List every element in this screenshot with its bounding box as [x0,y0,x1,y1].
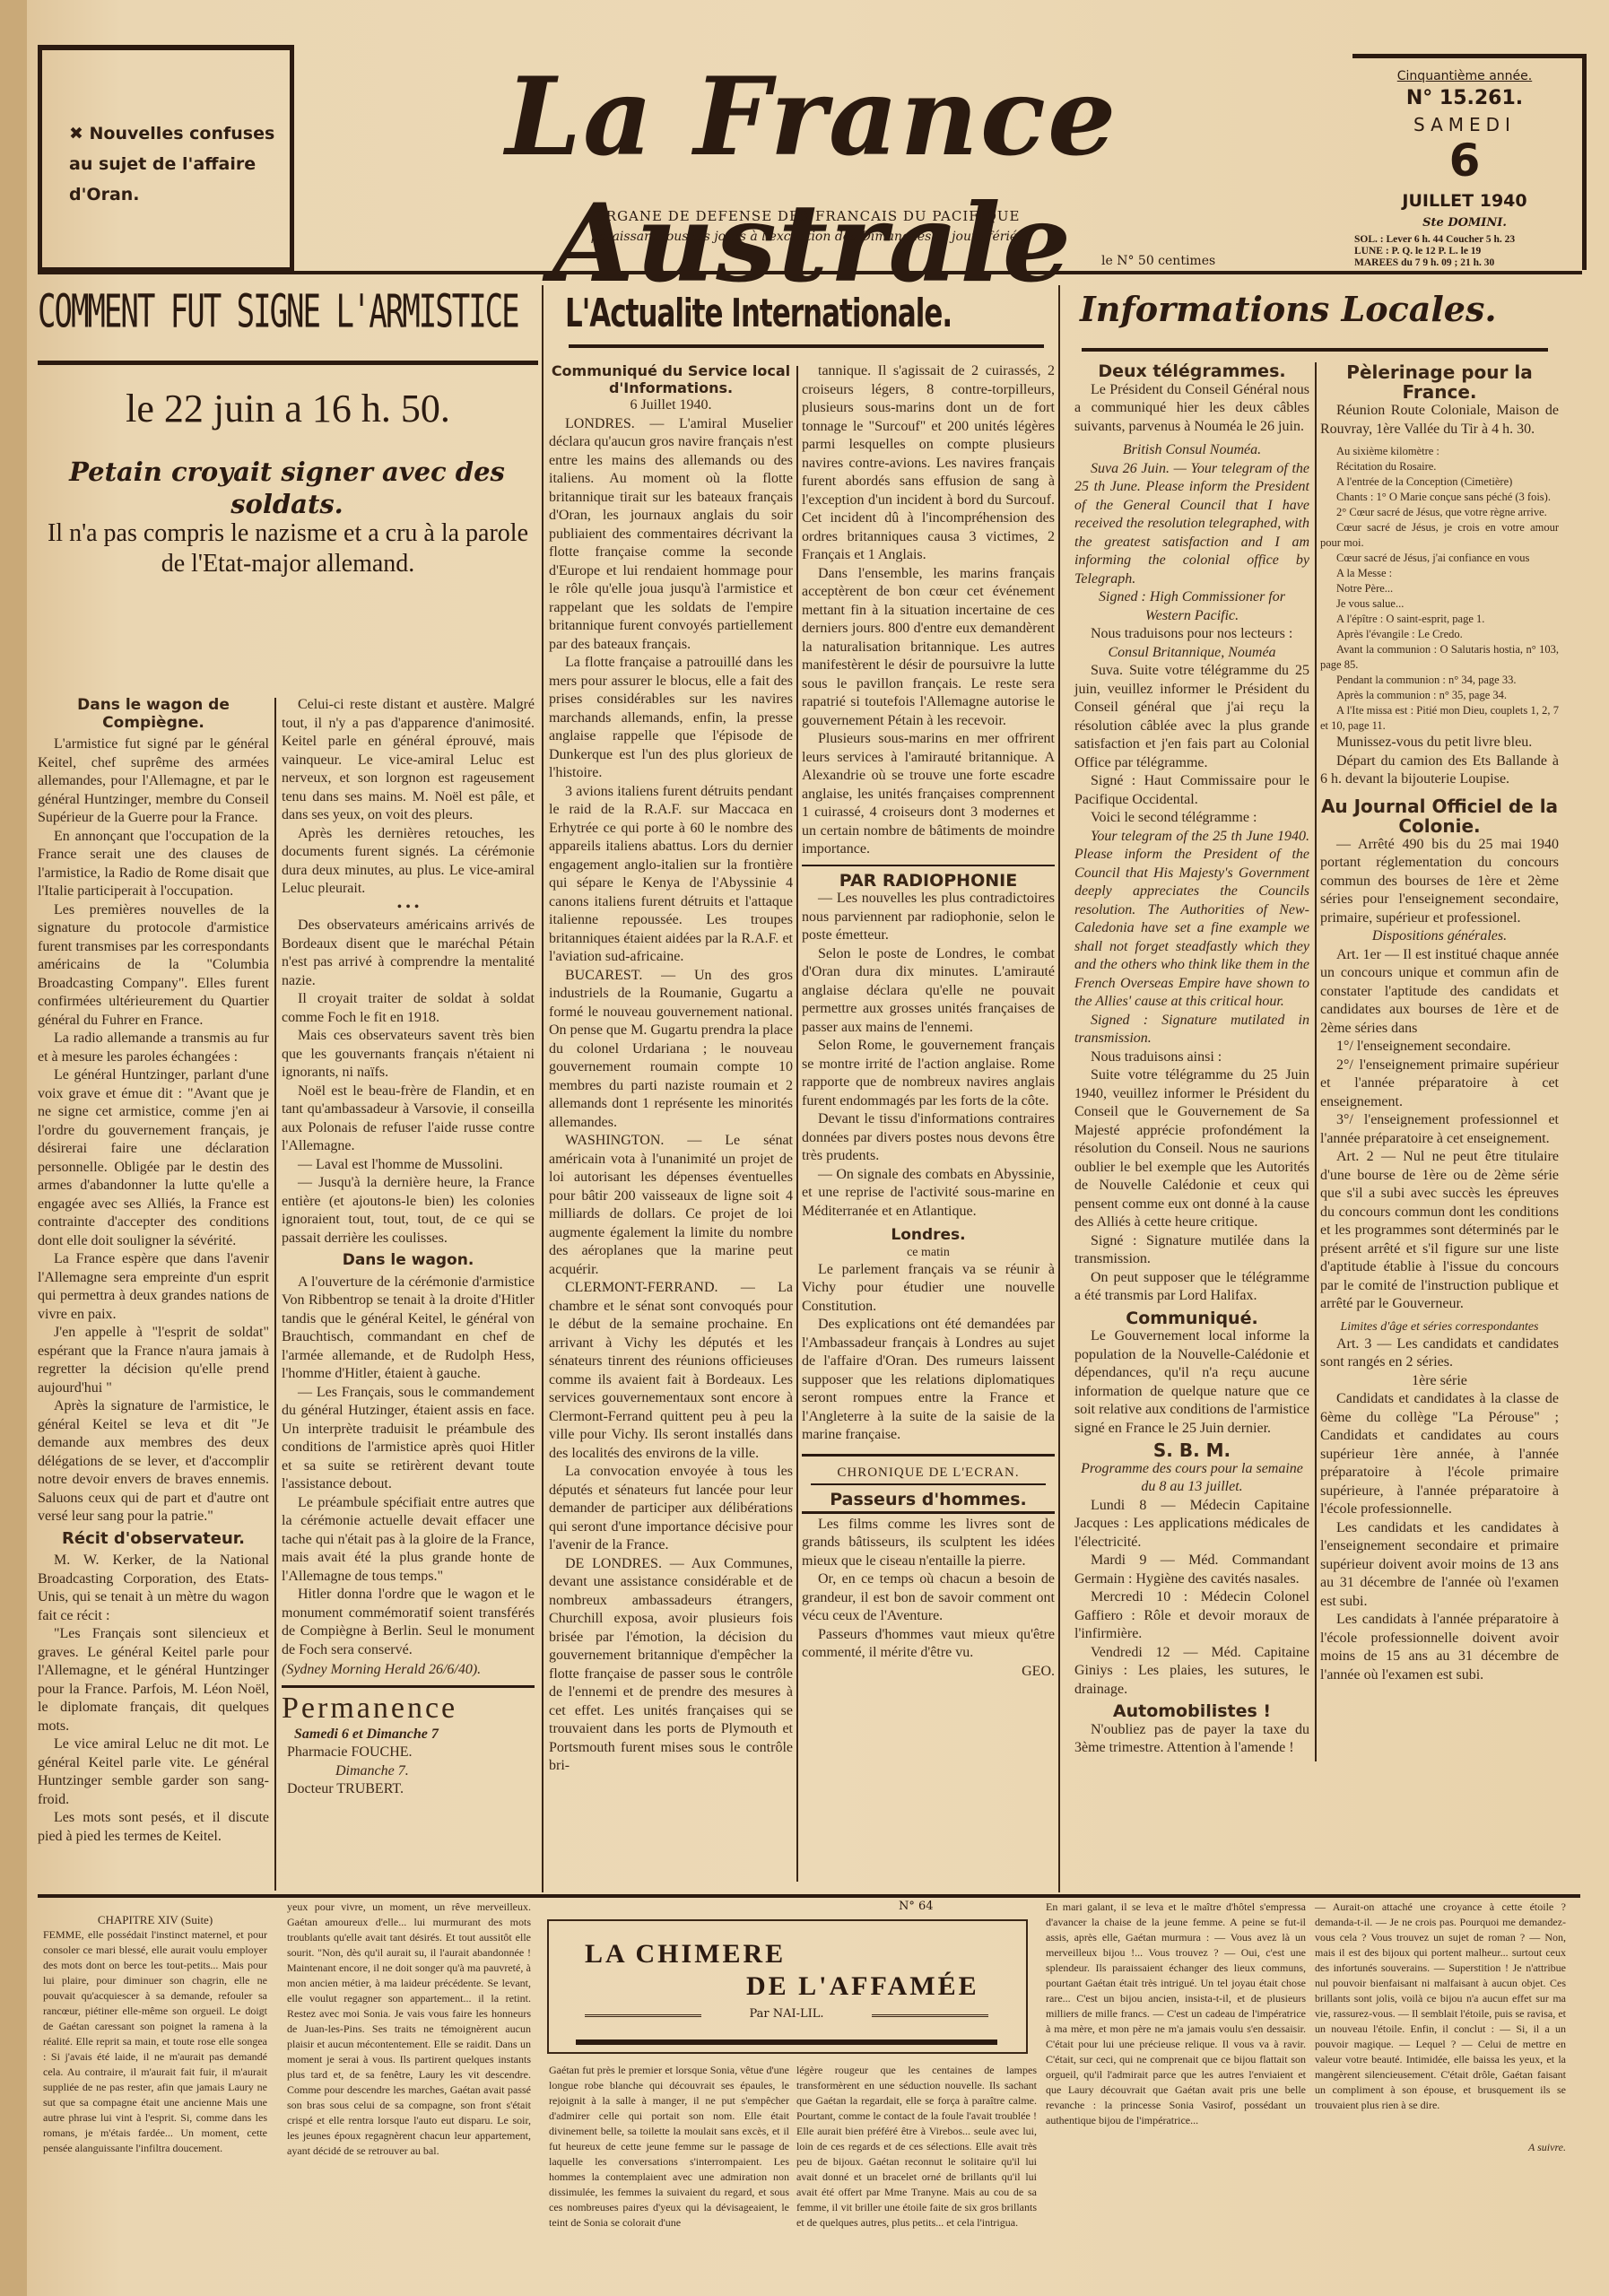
londres-subtitle: ce matin [802,1245,1055,1261]
issue-number: N° 15.261. [1352,87,1577,109]
paragraph: A la Messe : [1320,566,1559,581]
armistice-col2-paragraphs: Celui-ci reste distant et austère. Malgr… [282,696,535,1248]
feuilleton-author: Par NAI-LIL. [719,2007,854,2021]
paragraph: Or, en ce temps où chacun a besoin de gr… [802,1570,1055,1626]
sbm-title: S. B. M. [1074,1441,1309,1460]
paragraph: A l'épître : O saint-esprit, page 1. [1320,612,1559,627]
paragraph: Les candidats et les candidates à l'ense… [1320,1519,1559,1612]
automobilistes-title: Automobilistes ! [1074,1702,1309,1721]
feuilleton-text: — Aurait-on attaché une croyance à cette… [1315,1900,1566,2113]
paragraph: Le préambule spécifiait entre autres que… [282,1494,535,1587]
paragraph: Art. 3 — Les candidats et candidates son… [1320,1335,1559,1372]
londres-paragraphs: Le parlement français va se réunir à Vic… [802,1261,1055,1445]
feuilleton-column-2: yeux pour vivre, un moment, un rêve merv… [287,1900,531,2159]
paragraph: Le général Huntzinger, parlant d'une voi… [38,1066,269,1250]
tides: MAREES du 7 9 h. 09 ; 21 h. 30 [1354,257,1579,269]
paragraph: Des explications ont été demandées par l… [802,1316,1055,1445]
paragraph: — Arrêté 490 bis du 25 mai 1940 portant … [1320,836,1559,928]
year-label: Cinquantième année. [1352,69,1577,83]
permanence-sunday: Dimanche 7. [282,1762,535,1781]
permanence-doctor: Docteur TRUBERT. [282,1780,535,1799]
paragraph: A l'ouverture de la cérémonie d'armistic… [282,1274,535,1384]
international-column-a: Communiqué du Service local d'Informatio… [549,362,793,1776]
telegram-english-2: Your telegram of the 25 th June 1940. Pl… [1074,828,1309,1012]
chapter-heading: CHAPITRE XIV (Suite) [43,1912,267,1927]
paragraph: — On signale des combats en Abyssinie, e… [802,1166,1055,1222]
communique-local-title: Communiqué. [1074,1309,1309,1328]
paragraph: A l'Ite missa est : Pitié mon Dieu, coup… [1320,703,1559,734]
paragraph: Dans l'ensemble, les marins français acc… [802,565,1055,731]
translation-intro-2: Nous traduisons ainsi : [1074,1048,1309,1067]
second-telegram-intro: Voici le second télégramme : [1074,809,1309,828]
feuilleton-column-6: — Aurait-on attaché une croyance à cette… [1315,1900,1566,2155]
feuilleton-column-1: CHAPITRE XIV (Suite) FEMME, elle posséda… [43,1912,267,2156]
paragraph: 3°/ l'enseignement professionnel et l'an… [1320,1111,1559,1148]
ornament-bar [576,2039,997,2045]
radio-title: PAR RADIOPHONIE [802,872,1055,891]
chronique-title: Passeurs d'hommes. [802,1491,1055,1514]
page-edge [0,0,27,2296]
paragraph: En annonçant que l'occupation de la Fran… [38,828,269,901]
column-divider [1315,362,1317,1761]
paragraph: Il croyait traiter de soldat à soldat co… [282,990,535,1027]
column-divider [796,366,798,1882]
telegram-french-1: Suva. Suite votre télégramme du 25 juin,… [1074,662,1309,772]
feuilleton-column-4: légère rougeur que les centaines de lamp… [796,2063,1037,2231]
telegram-english-1: Suva 26 Juin. — Your telegram of the 25 … [1074,460,1309,589]
paragraph: 2°/ l'enseignement primaire supérieur et… [1320,1057,1559,1112]
automobilistes-text: N'oubliez pas de payer la taxe du 3ème t… [1074,1721,1309,1758]
telegram-signed-2: Signed : Signature mutilated in transmis… [1074,1012,1309,1048]
paragraph: • • • [282,899,535,918]
paragraph: tannique. Il s'agissait de 2 cuirassés, … [802,362,1055,565]
paragraph: Selon le poste de Londres, le combat d'O… [802,945,1055,1038]
paragraph: Le vice amiral Leluc ne dit mot. Le géné… [38,1735,269,1809]
price: le N° 50 centimes [1101,254,1281,268]
weekday: SAMEDI [1352,114,1577,135]
communique-date: 6 Juillet 1940. [549,396,793,415]
paragraph: — Les nouvelles les plus contradictoires… [802,890,1055,945]
paragraph: Cœur sacré de Jésus, je crois en votre a… [1320,520,1559,551]
sun-times: SOL. : Lever 6 h. 44 Coucher 5 h. 23 [1354,234,1579,246]
telegram-intro: Le Président du Conseil Général nous a c… [1074,381,1309,437]
paragraph: Après les dernières retouches, les docum… [282,825,535,899]
paragraph: 3 avions italiens furent détruits pendan… [549,783,793,967]
paragraph: 2° Cœur sacré de Jésus, que votre règne … [1320,505,1559,520]
telegram-signe-2: Signé : Signature mutilée dans la transm… [1074,1232,1309,1269]
telegram-signe-1: Signé : Haut Commissaire pour le Pacifiq… [1074,772,1309,809]
section-title-compiegne: Dans le wagon de Compiègne. [38,696,269,732]
paragraph: — Les Français, sous le commandement du … [282,1384,535,1494]
headline-teaser-box: ✖ Nouvelles confuses au sujet de l'affai… [38,45,294,272]
paragraph: Les mots sont pesés, et il discute pied … [38,1809,269,1846]
paragraph: Le parlement français va se réunir à Vic… [802,1261,1055,1317]
age-limits-heading: Limites d'âge et séries correspondantes [1320,1319,1559,1335]
telegram-signed-1: Signed : High Commissioner for Western P… [1074,588,1309,625]
armistice-deck: Il n'a pas compris le nazisme et a cru à… [38,518,538,579]
telegram-french-2: Suite votre télégramme du 25 Juin 1940, … [1074,1066,1309,1232]
feuilleton-text: légère rougeur que les centaines de lamp… [796,2063,1037,2231]
feuilleton-number: N° 64 [899,1900,934,1913]
chronique-signature: GEO. [802,1663,1055,1682]
rule [802,865,1055,866]
paragraph: Hitler donna l'ordre que le wagon et le … [282,1586,535,1659]
paragraph: BUCAREST. — Un des gros industriels de l… [549,967,793,1133]
chronique-label: CHRONIQUE DE L'ECRAN. [811,1464,1046,1486]
telegram-conclusion: On peut supposer que le télégramme a été… [1074,1269,1309,1306]
dispositions-heading: Dispositions générales. [1320,927,1559,946]
section-title-observateur: Récit d'observateur. [38,1530,269,1549]
column-divider [1058,285,1060,1892]
paragraph: CLERMONT-FERRAND. — La chambre et le sén… [549,1279,793,1463]
paragraph: Le Président du Conseil Général nous a c… [1074,381,1309,437]
permanence-title: Permanence [282,1692,535,1726]
pelerinage-departure: Départ du camion des Ets Ballande à 6 h.… [1320,752,1559,789]
paragraph: DE LONDRES. — Aux Communes, devant une a… [549,1555,793,1776]
journal-officiel-articles: Art. 1er — Il est institué chaque année … [1320,946,1559,1314]
moon-phases: LUNE : P. Q. le 12 P. L. le 19 [1354,246,1579,257]
paragraph: Vendredi 12 — Méd. Capitaine Giniys : Le… [1074,1644,1309,1700]
feuilleton-text: FEMME, elle possédait l'instinct materne… [43,1927,267,2156]
paragraph: Devant le tissu d'informations contraire… [802,1110,1055,1166]
serie-heading: 1ère série [1320,1372,1559,1391]
international-column-b: tannique. Il s'agissait de 2 cuirassés, … [802,362,1055,1681]
paragraph: Les candidats à l'année préparatoire à l… [1320,1611,1559,1684]
armistice-column-1: Dans le wagon de Compiègne. L'armistice … [38,696,269,1846]
feuilleton-text: yeux pour vivre, un moment, un rêve merv… [287,1900,531,2159]
paragraph: — Jusqu'à la dernière heure, la France e… [282,1174,535,1248]
pelerinage-program: Au sixième kilomètre :Récitation du Rosa… [1320,444,1559,734]
section-title-wagon: Dans le wagon. [282,1251,535,1270]
telegram-address-2: Consul Britannique, Nouméa [1074,644,1309,663]
article-3: Art. 3 — Les candidats et candidates son… [1320,1335,1559,1372]
source-rule [282,1685,535,1688]
pelerinage-title: Pèlerinage pour la France. [1320,362,1559,402]
banner-rule [569,344,1044,348]
translation-intro: Nous traduisons pour nos lecteurs : [1074,625,1309,644]
journal-officiel-text: — Arrêté 490 bis du 25 mai 1940 portant … [1320,836,1559,928]
paragraph: 1°/ l'enseignement secondaire. [1320,1038,1559,1057]
paragraph: J'en appelle à "l'esprit de soldat" espé… [38,1324,269,1397]
pelerinage-note: Munissez-vous du petit livre bleu. [1320,734,1559,752]
paragraph: La flotte française a patrouillé dans le… [549,654,793,783]
paragraph: Mais ces observateurs savent très bien q… [282,1027,535,1083]
locales-banner: Informations Locales. [1080,289,1564,329]
banner-rule [1082,348,1548,352]
paragraph: LONDRES. — L'amiral Muselier déclara qu'… [549,415,793,655]
paragraph: Après la communion : n° 35, page 34. [1320,688,1559,703]
telegram-address-1: British Consul Nouméa. [1074,441,1309,460]
paragraph: Candidats et candidates à la classe de 6… [1320,1390,1559,1519]
teaser-text: ✖ Nouvelles confuses au sujet de l'affai… [69,118,275,210]
paragraph: Au sixième kilomètre : [1320,444,1559,459]
feuilleton-title-line2: DE L'AFFAMÉE [746,1971,979,2002]
communique-title: Communiqué du Service local d'Informatio… [549,362,793,396]
paragraph: "Les Français sont silencieux et graves.… [38,1625,269,1735]
serie-paragraphs: Candidats et candidates à la classe de 6… [1320,1390,1559,1684]
paragraph: La France espère que dans l'avenir l'All… [38,1250,269,1324]
paragraph: — Laval est l'homme de Mussolini. [282,1156,535,1175]
paragraph: Je vous salue... [1320,596,1559,612]
paragraph: La radio allemande a transmis au fur et … [38,1030,269,1066]
armistice-col1b-paragraphs: M. W. Kerker, de la National Broadcastin… [38,1552,269,1846]
paragraph: Les premières nouvelles de la signature … [38,901,269,1031]
armistice-subhead: Petain croyait signer avec des soldats. [63,456,511,520]
paragraph: Selon Rome, le gouvernement français se … [802,1037,1055,1110]
feuilleton-text: En mari galant, il se leva et le maître … [1046,1900,1306,2128]
paragraph: Après la signature de l'armistice, le gé… [38,1397,269,1526]
international-banner: L'Actualite Internationale. [565,291,1049,336]
paragraph: Récitation du Rosaire. [1320,459,1559,474]
banner-rule [38,361,538,365]
sbm-subtitle: Programme des cours pour la semaine du 8… [1074,1460,1309,1497]
paragraph: Les films comme les livres sont de grand… [802,1516,1055,1571]
paragraph: Avant la communion : O Salutaris hostia,… [1320,642,1559,673]
almanac: SOL. : Lever 6 h. 44 Coucher 5 h. 23 LUN… [1354,234,1579,269]
column-divider [542,285,544,1892]
locales-column-a: Deux télégrammes. Le Président du Consei… [1074,362,1309,1758]
paragraph: Mardi 9 — Méd. Commandant Germain : Hygi… [1074,1552,1309,1588]
ornament-rule [872,2014,988,2017]
international-colB-paragraphs: tannique. Il s'agissait de 2 cuirassés, … [802,362,1055,859]
chronique-paragraphs: Les films comme les livres sont de grand… [802,1516,1055,1663]
month-year: JUILLET 1940 [1352,191,1577,211]
paragraph: Mercredi 10 : Médecin Colonel Gaffiero :… [1074,1588,1309,1644]
rule [802,1454,1055,1457]
paragraph: Après l'évangile : Le Credo. [1320,627,1559,642]
international-colA-paragraphs: LONDRES. — L'amiral Muselier déclara qu'… [549,415,793,1776]
day: 6 [1352,135,1577,186]
frequency-line: paraissant tous les jours à l'exception … [484,230,1130,244]
paragraph: Art. 2 — Nul ne peut être titulaire d'un… [1320,1148,1559,1314]
paragraph: A l'entrée de la Conception (Cimetière) [1320,474,1559,490]
paragraph: Passeurs d'hommes vaut mieux qu'être com… [802,1626,1055,1663]
paragraph: WASHINGTON. — Le sénat américain vota à … [549,1132,793,1279]
feuilleton-column-3: Gaétan fut près le premier et lorsque So… [549,2063,789,2231]
column-divider [274,698,276,1891]
communique-local-text: Le Gouvernement local informe la populat… [1074,1327,1309,1438]
paragraph: M. W. Kerker, de la National Broadcastin… [38,1552,269,1625]
armistice-col1-paragraphs: L'armistice fut signé par le général Kei… [38,735,269,1526]
locales-column-b: Pèlerinage pour la France. Réunion Route… [1320,362,1559,1684]
sbm-courses: Lundi 8 — Médecin Capitaine Jacques : Le… [1074,1497,1309,1700]
armistice-col2b-paragraphs: A l'ouverture de la cérémonie d'armistic… [282,1274,535,1660]
armistice-date-head: le 22 juin a 16 h. 50. [38,386,538,431]
date-box: Cinquantième année. N° 15.261. SAMEDI 6 … [1352,54,1587,270]
feuilleton-rule [38,1894,1580,1898]
newspaper-title: La France Australe [305,54,1318,307]
permanence-dates: Samedi 6 et Dimanche 7 [282,1726,535,1744]
feuilleton-text: Gaétan fut près le premier et lorsque So… [549,2063,789,2231]
paragraph: La convocation envoyée à tous les député… [549,1463,793,1555]
radio-paragraphs: — Les nouvelles les plus contradictoires… [802,890,1055,1221]
paragraph: Notre Père... [1320,581,1559,596]
pelerinage-intro: Réunion Route Coloniale, Maison de Rouvr… [1320,402,1559,439]
paragraph: Lundi 8 — Médecin Capitaine Jacques : Le… [1074,1497,1309,1552]
paragraph: Chants : 1° O Marie conçue sans péché (3… [1320,490,1559,505]
paragraph: L'armistice fut signé par le général Kei… [38,735,269,828]
masthead-rule [38,271,1582,274]
ornament-rule [585,2014,701,2017]
paragraph: Plusieurs sous-marins en mer offrirent l… [802,730,1055,859]
feuilleton-title-box: LA CHIMERE DE L'AFFAMÉE Par NAI-LIL. [547,1919,1028,2054]
source-citation: (Sydney Morning Herald 26/6/40). [282,1661,535,1680]
paragraph: Des observateurs américains arrivés de B… [282,917,535,990]
londres-title: Londres. [802,1226,1055,1245]
organ-subtitle: ORGANE DE DEFENSE DES FRANCAIS DU PACIFI… [484,208,1130,224]
armistice-banner: COMMENT FUT SIGNE L'ARMISTICE [38,285,540,339]
saint-of-day: Ste DOMINI. [1352,216,1577,230]
paragraph: Art. 1er — Il est institué chaque année … [1320,946,1559,1039]
journal-officiel-title: Au Journal Officiel de la Colonie. [1320,796,1559,836]
a-suivre: A suivre. [1315,2140,1566,2155]
telegram-title: Deux télégrammes. [1074,362,1309,381]
feuilleton-title-line1: LA CHIMERE [585,1939,786,1970]
paragraph: Pendant la communion : n° 34, page 33. [1320,673,1559,688]
armistice-column-2: Celui-ci reste distant et austère. Malgr… [282,696,535,1799]
paragraph: Celui-ci reste distant et austère. Malgr… [282,696,535,825]
paragraph: Noël est le beau-frère de Flandin, et en… [282,1083,535,1156]
permanence-pharmacy: Pharmacie FOUCHE. [282,1744,535,1762]
feuilleton-column-5: En mari galant, il se leva et le maître … [1046,1900,1306,2128]
paragraph: Cœur sacré de Jésus, j'ai confiance en v… [1320,551,1559,566]
